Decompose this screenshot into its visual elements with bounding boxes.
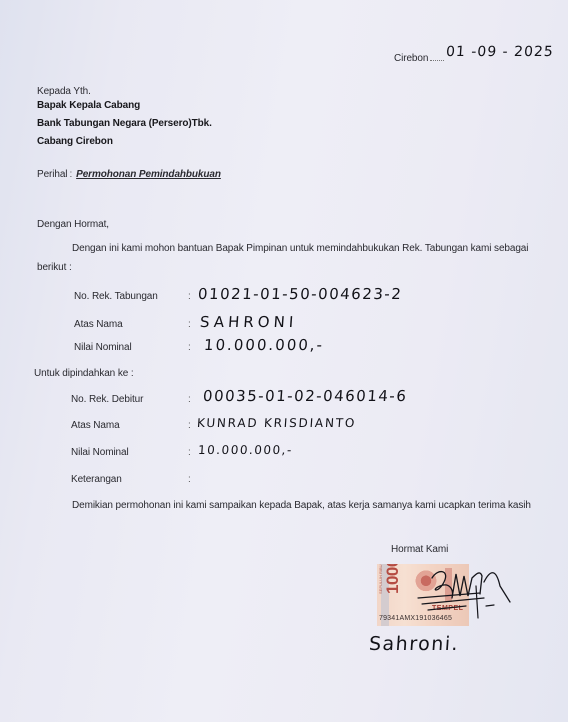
field-colon: :: [188, 342, 191, 353]
subject-value: Permohonan Pemindahbukuan: [76, 169, 221, 180]
recipient-salutation: Kepada Yth.: [37, 86, 91, 97]
field-value-debtor-name: KUNRAD KRISDIANTO: [197, 416, 357, 430]
field-value-account-number: 01021-01-50-004623-2: [197, 285, 403, 303]
city-label: Cirebon: [394, 53, 446, 64]
field-colon: :: [188, 394, 191, 405]
field-colon: :: [188, 447, 191, 458]
field-colon: :: [188, 474, 191, 485]
subject-label: Perihal: [37, 169, 67, 180]
field-value-account-name: SAHRONI: [199, 313, 297, 331]
closing-sentence: Demikian permohonan ini kami sampaikan k…: [72, 500, 531, 511]
date-handwritten: 01 -09 - 2025: [445, 44, 554, 60]
field-label: No. Rek. Tabungan: [74, 291, 158, 302]
subject-line: Perihal:Permohonan Pemindahbukuan: [37, 169, 221, 180]
field-colon: :: [188, 420, 191, 431]
field-label: Keterangan: [71, 474, 122, 485]
stamp-amount: 10000: [383, 564, 403, 594]
intro-line-2: berikut :: [37, 262, 72, 273]
field-label: Atas Nama: [71, 420, 120, 431]
field-colon: :: [188, 319, 191, 330]
recipient-line-3: Cabang Cirebon: [37, 136, 113, 147]
field-label: Nilai Nominal: [74, 342, 132, 353]
subject-colon: :: [69, 169, 72, 180]
field-label: Nilai Nominal: [71, 447, 129, 458]
field-value-debtor-amount: 10.000.000,-: [198, 443, 294, 457]
field-label: Atas Nama: [74, 319, 123, 330]
signature-heading: Hormat Kami: [391, 544, 448, 555]
destination-heading: Untuk dipindahkan ke :: [34, 368, 134, 379]
recipient-line-2: Bank Tabungan Negara (Persero)Tbk.: [37, 118, 212, 129]
signature-scribble-icon: [410, 560, 520, 620]
intro-line-1: Dengan ini kami mohon bantuan Bapak Pimp…: [72, 243, 528, 254]
field-colon: :: [188, 291, 191, 302]
letter-page: Cirebon 01 -09 - 2025 Kepada Yth. Bapak …: [0, 0, 568, 722]
signer-name-handwritten: Sahroni.: [368, 633, 460, 655]
field-label: No. Rek. Debitur: [71, 394, 143, 405]
recipient-line-1: Bapak Kepala Cabang: [37, 100, 140, 111]
date-dotted-line: [430, 60, 444, 61]
city-text: Cirebon: [394, 53, 428, 64]
greeting: Dengan Hormat,: [37, 219, 109, 230]
field-value-debtor-account: 00035-01-02-046014-6: [202, 387, 408, 405]
field-value-amount: 10.000.000,-: [203, 336, 324, 354]
